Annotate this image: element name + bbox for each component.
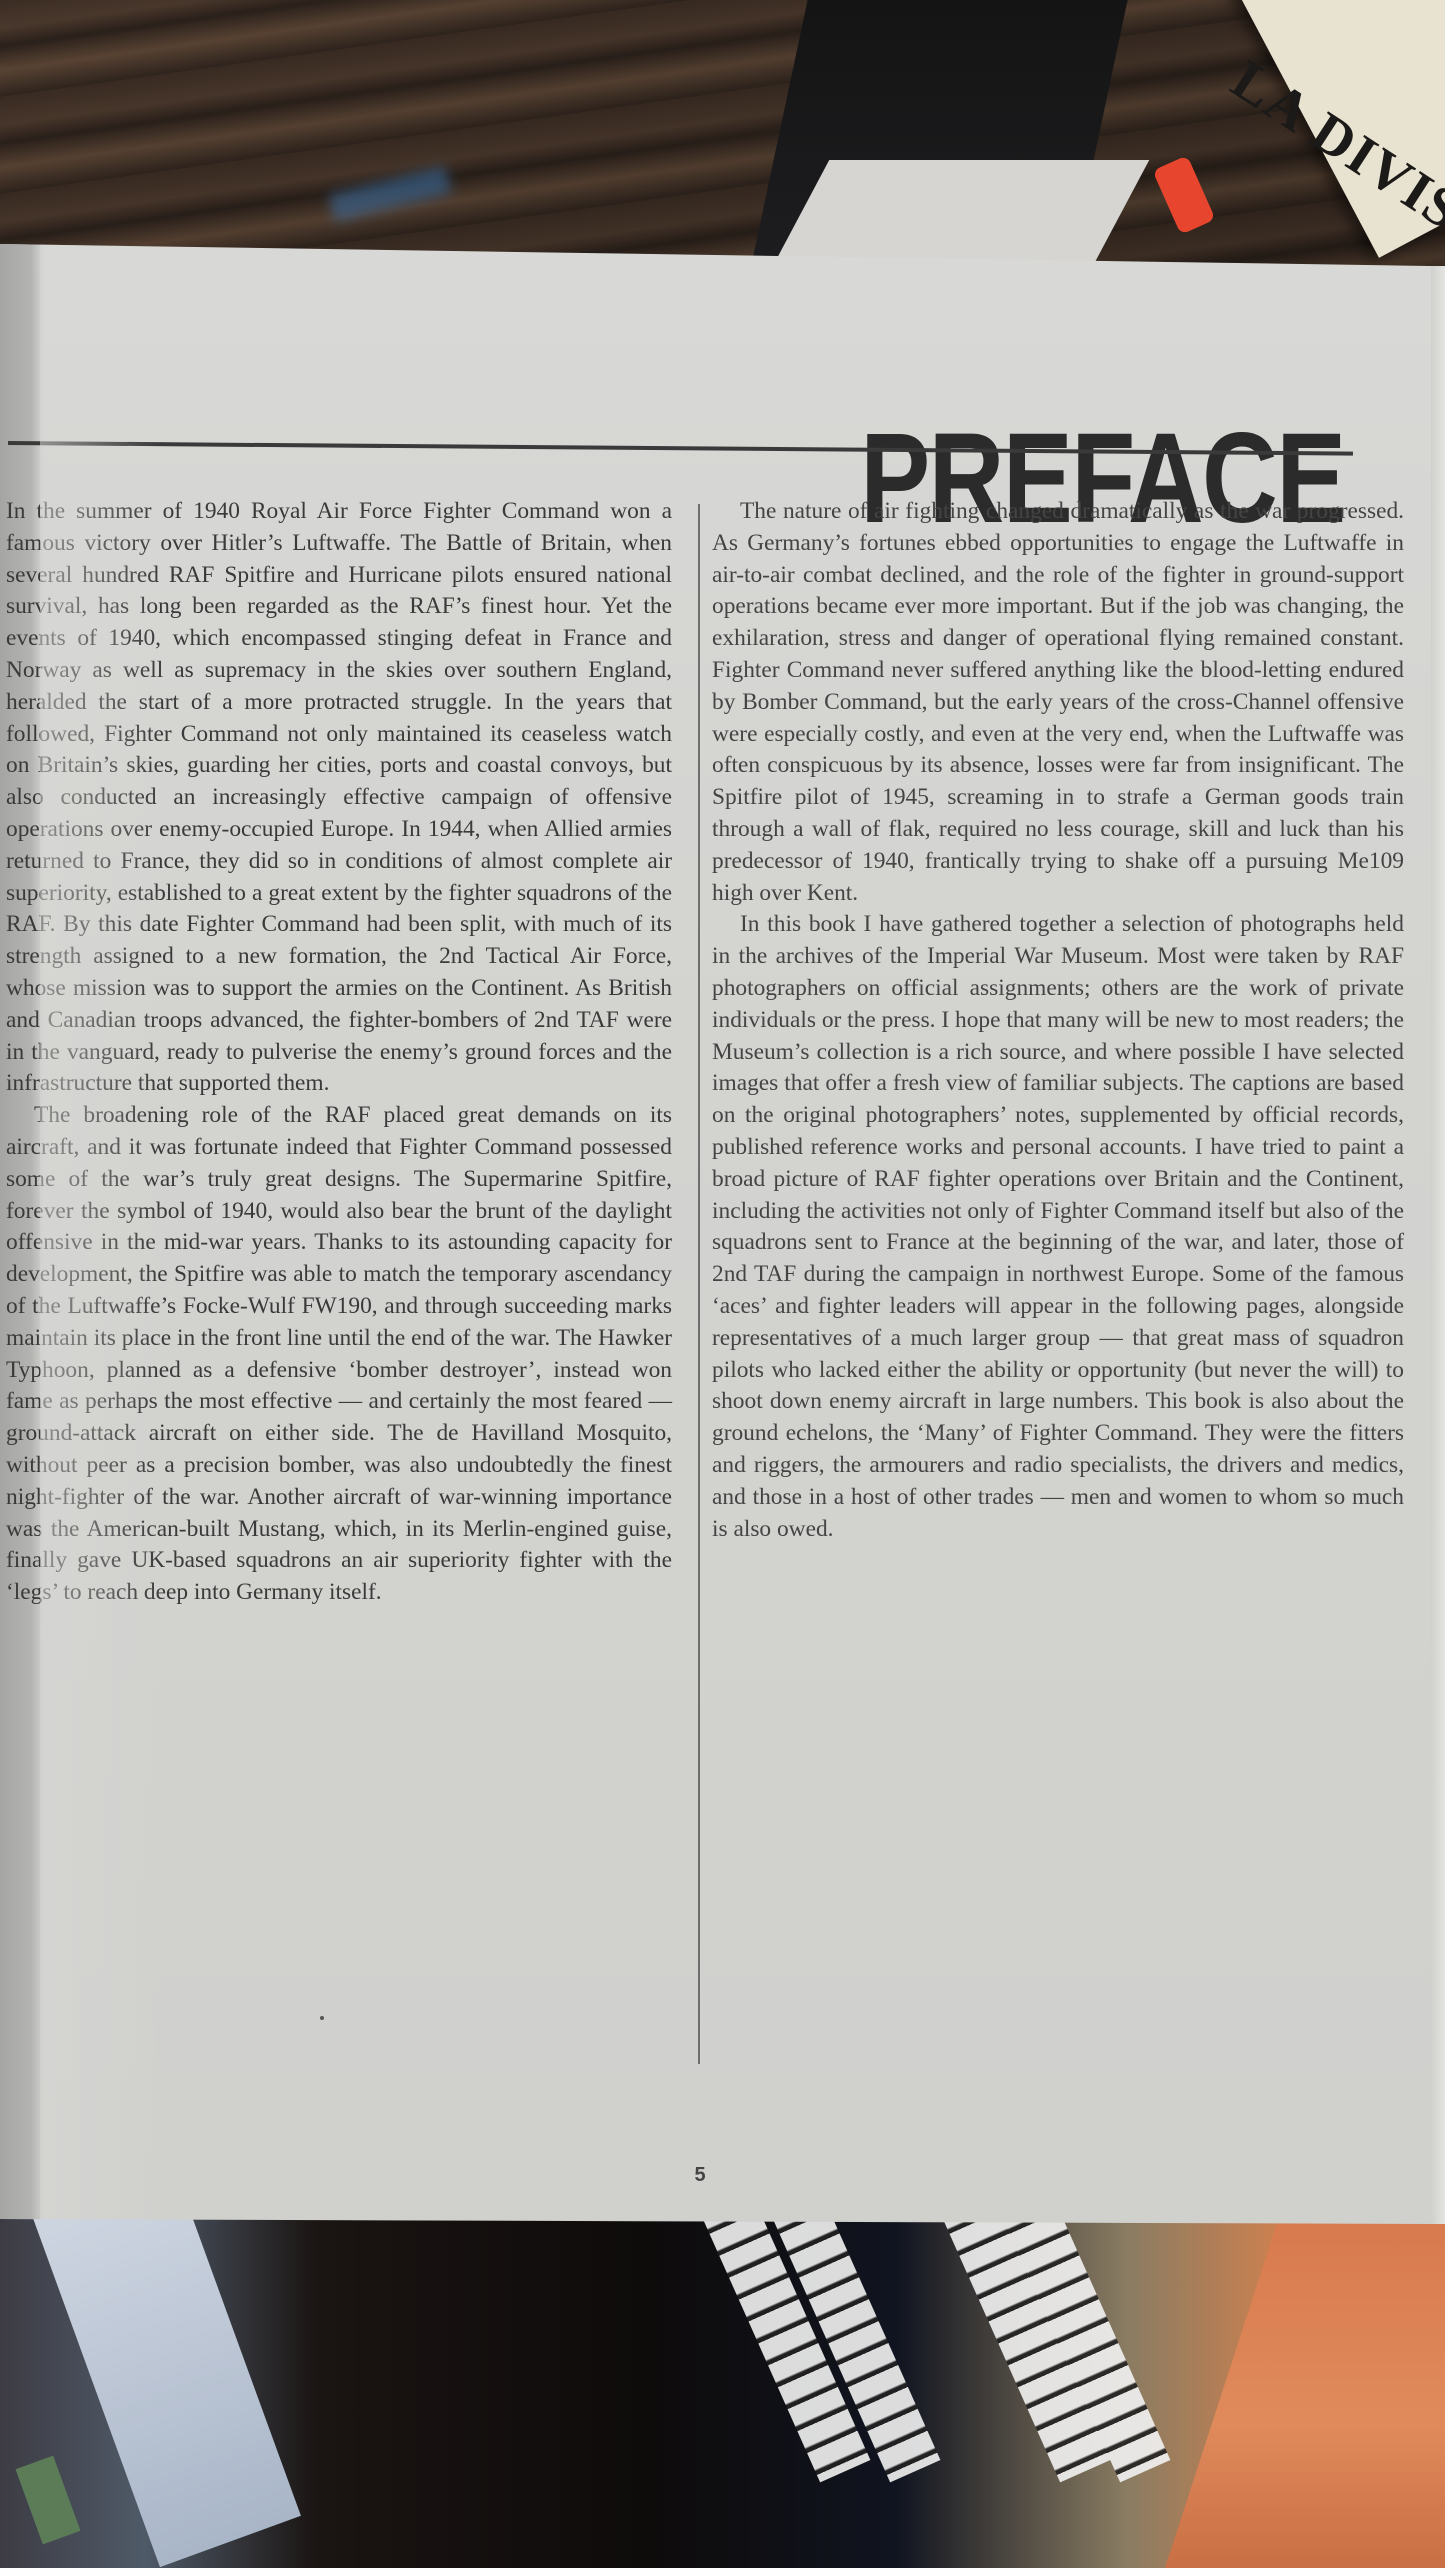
blue-book-glint xyxy=(328,166,451,222)
column-divider xyxy=(698,504,700,2064)
page-number: 5 xyxy=(690,2164,710,2187)
left-column: In the summer of 1940 Royal Air Force Fi… xyxy=(6,496,672,1609)
page-edge xyxy=(1431,266,1445,2246)
red-book-tab xyxy=(1152,155,1215,234)
paper-speck xyxy=(320,2016,324,2020)
paragraph: In this book I have gathered together a … xyxy=(712,909,1404,1545)
right-column: The nature of air fighting changed drama… xyxy=(712,496,1404,1545)
paragraph: In the summer of 1940 Royal Air Force Fi… xyxy=(6,496,672,1100)
background-bookshelf-bottom xyxy=(0,2210,1445,2568)
book-page: PREFACE In the summer of 1940 Royal Air … xyxy=(0,244,1445,2224)
page-corner-flap xyxy=(771,160,1149,270)
paragraph: The broadening role of the RAF placed gr… xyxy=(6,1100,672,1609)
orange-book xyxy=(1165,2210,1445,2568)
green-book-edge xyxy=(16,2456,81,2545)
paragraph: The nature of air fighting changed drama… xyxy=(712,496,1404,909)
